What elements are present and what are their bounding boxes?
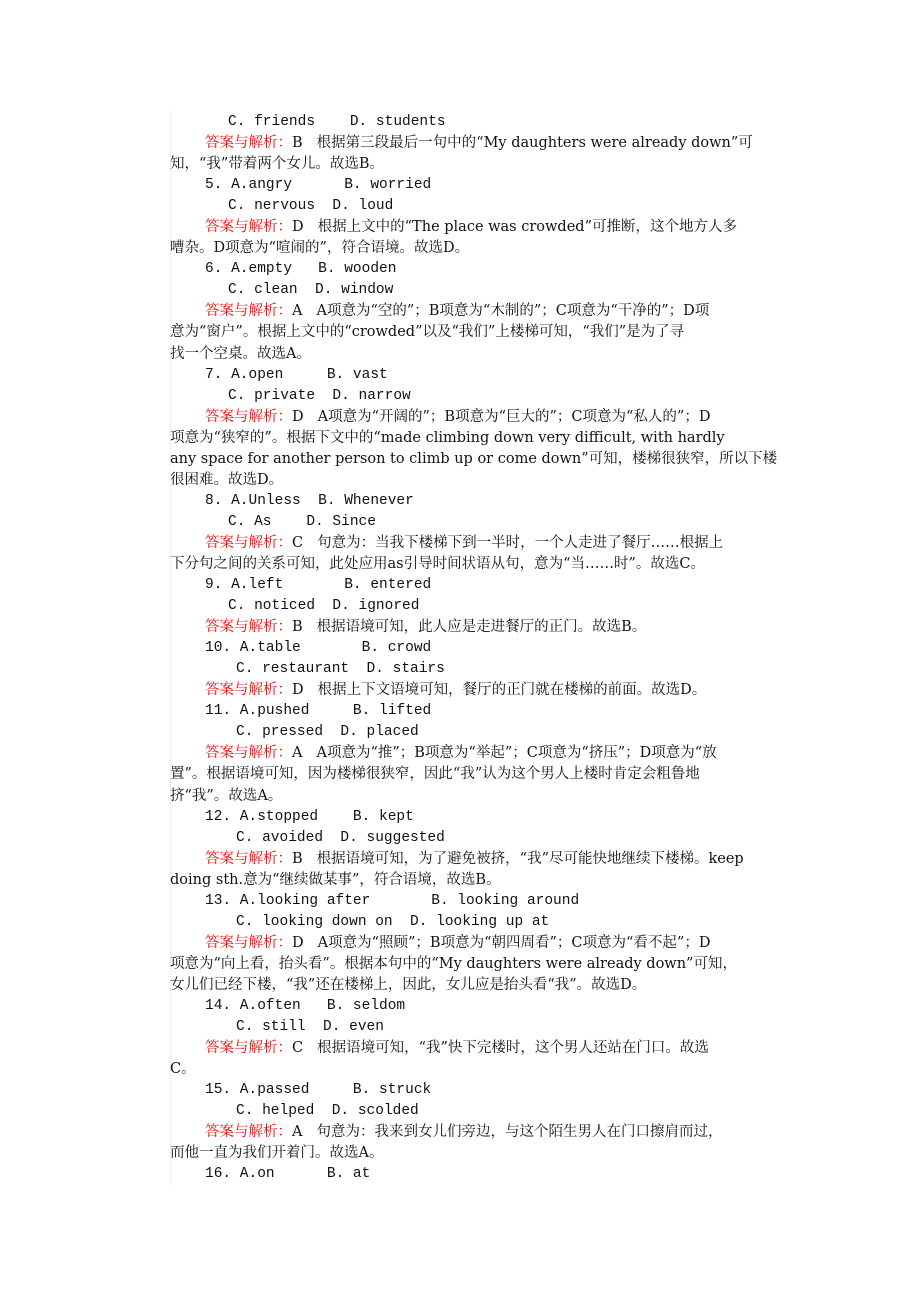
line-text: 5. A.angry B. worried <box>205 177 431 193</box>
line-text: C. helped D. scolded <box>236 1103 419 1119</box>
answer-letter: B <box>292 851 303 867</box>
answer-explanation-line: 答案与解析：A句意为：我来到女儿们旁边，与这个陌生男人在门口擦肩而过， <box>170 1122 785 1143</box>
options-line: C. avoided D. suggested <box>170 828 785 849</box>
line-text: 女儿们已经下楼，“我”还在楼梯上，因此，女儿应是抬头看“我”。故选D。 <box>170 977 646 993</box>
options-line: C. noticed D. ignored <box>170 596 785 617</box>
line-text: 16. A.on B. at <box>205 1166 370 1182</box>
continuation-line: 置”。根据语境可知，因为楼梯很狭窄，因此“我”认为这个男人上楼时肯定会粗鲁地 <box>170 764 785 785</box>
explanation-text: 根据第三段最后一句中的“My daughters were already do… <box>317 135 753 151</box>
answer-letter: C <box>292 535 303 551</box>
question-options-line: 10. A.table B. crowd <box>170 638 785 659</box>
line-text: C. friends D. students <box>228 114 446 130</box>
answer-label: 答案与解析： <box>205 1124 292 1140</box>
question-options-line: 14. A.often B. seldom <box>170 996 785 1017</box>
answer-letter: D <box>292 935 304 951</box>
answer-explanation-line: 答案与解析：B根据第三段最后一句中的“My daughters were alr… <box>170 133 785 154</box>
explanation-text: A项意为“照顾”；B项意为“朝四周看”；C项意为“看不起”；D <box>318 935 711 951</box>
answer-label: 答案与解析： <box>205 219 292 235</box>
continuation-line: 意为“窗户”。根据上文中的“crowded”以及“我们”上楼梯可知，“我们”是为… <box>170 322 785 343</box>
question-options-line: 5. A.angry B. worried <box>170 175 785 196</box>
question-options-line: 8. A.Unless B. Whenever <box>170 491 785 512</box>
line-text: 挤“我”。故选A。 <box>170 788 282 804</box>
continuation-line: 找一个空桌。故选A。 <box>170 344 785 365</box>
answer-letter: D <box>292 219 304 235</box>
line-text: 15. A.passed B. struck <box>205 1082 431 1098</box>
answer-letter: D <box>292 682 304 698</box>
explanation-text: A项意为“开阔的”；B项意为“巨大的”；C项意为“私人的”；D <box>318 409 711 425</box>
continuation-line: doing sth.意为“继续做某事”，符合语境，故选B。 <box>170 870 785 891</box>
explanation-text: 根据语境可知，此人应是走进餐厅的正门。故选B。 <box>317 619 647 635</box>
continuation-line: 知，“我”带着两个女儿。故选B。 <box>170 154 785 175</box>
line-text: 12. A.stopped B. kept <box>205 809 414 825</box>
line-text: C. looking down on D. looking up at <box>236 914 549 930</box>
line-text: 找一个空桌。故选A。 <box>170 346 311 362</box>
answer-label: 答案与解析： <box>205 409 292 425</box>
answer-label: 答案与解析： <box>205 851 292 867</box>
line-text: 嘈杂。D项意为“喧闹的”，符合语境。故选D。 <box>170 240 469 256</box>
line-text: C. avoided D. suggested <box>236 830 445 846</box>
line-text: 10. A.table B. crowd <box>205 640 431 656</box>
continuation-line: 下分句之间的关系可知，此处应用as引导时间状语从句，意为“当……时”。故选C。 <box>170 554 785 575</box>
answer-label: 答案与解析： <box>205 135 292 151</box>
answer-letter: B <box>292 135 303 151</box>
line-text: 13. A.looking after B. looking around <box>205 893 579 909</box>
answer-explanation-line: 答案与解析：DA项意为“照顾”；B项意为“朝四周看”；C项意为“看不起”；D <box>170 933 785 954</box>
explanation-text: 句意为：我来到女儿们旁边，与这个陌生男人在门口擦肩而过， <box>316 1124 722 1140</box>
answer-label: 答案与解析： <box>205 935 292 951</box>
answer-explanation-line: 答案与解析：AA项意为“空的”；B项意为“木制的”；C项意为“干净的”；D项 <box>170 301 785 322</box>
question-options-line: 16. A.on B. at <box>170 1164 785 1185</box>
continuation-line: any space for another person to climb up… <box>170 449 785 470</box>
question-options-line: 9. A.left B. entered <box>170 575 785 596</box>
line-text: 而他一直为我们开着门。故选A。 <box>170 1145 383 1161</box>
answer-explanation-line: 答案与解析：B根据语境可知，此人应是走进餐厅的正门。故选B。 <box>170 617 785 638</box>
answer-explanation-line: 答案与解析：DA项意为“开阔的”；B项意为“巨大的”；C项意为“私人的”；D <box>170 407 785 428</box>
options-line: C. clean D. window <box>170 280 785 301</box>
line-text: 置”。根据语境可知，因为楼梯很狭窄，因此“我”认为这个男人上楼时肯定会粗鲁地 <box>170 766 700 782</box>
options-line: C. friends D. students <box>170 112 785 133</box>
line-text: 6. A.empty B. wooden <box>205 261 396 277</box>
line-text: C. restaurant D. stairs <box>236 661 445 677</box>
answer-explanation-line: 答案与解析：D根据上下文语境可知，餐厅的正门就在楼梯的前面。故选D。 <box>170 680 785 701</box>
continuation-line: 挤“我”。故选A。 <box>170 786 785 807</box>
answer-letter: A <box>292 303 302 319</box>
line-text: 下分句之间的关系可知，此处应用as引导时间状语从句，意为“当……时”。故选C。 <box>170 556 705 572</box>
options-line: C. looking down on D. looking up at <box>170 912 785 933</box>
answer-label: 答案与解析： <box>205 535 292 551</box>
line-text: C. pressed D. placed <box>236 724 419 740</box>
options-line: C. private D. narrow <box>170 386 785 407</box>
line-text: C. noticed D. ignored <box>228 598 419 614</box>
explanation-text: A项意为“空的”；B项意为“木制的”；C项意为“干净的”；D项 <box>316 303 709 319</box>
answer-letter: B <box>292 619 303 635</box>
answer-explanation-line: 答案与解析：B根据语境可知，为了避免被挤，“我”尽可能快地继续下楼梯。keep <box>170 849 785 870</box>
answer-letter: C <box>292 1040 303 1056</box>
line-text: doing sth.意为“继续做某事”，符合语境，故选B。 <box>170 872 501 888</box>
line-text: C. private D. narrow <box>228 388 411 404</box>
line-text: C. clean D. window <box>228 282 393 298</box>
answer-label: 答案与解析： <box>205 303 292 319</box>
line-text: 很困难。故选D。 <box>170 472 283 488</box>
question-options-line: 11. A.pushed B. lifted <box>170 701 785 722</box>
question-options-line: 15. A.passed B. struck <box>170 1080 785 1101</box>
answer-explanation-line: 答案与解析：C句意为：当我下楼梯下到一半时，一个人走进了餐厅……根据上 <box>170 533 785 554</box>
continuation-line: C。 <box>170 1059 785 1080</box>
line-text: 14. A.often B. seldom <box>205 998 405 1014</box>
options-line: C. pressed D. placed <box>170 722 785 743</box>
explanation-text: 根据语境可知，为了避免被挤，“我”尽可能快地继续下楼梯。keep <box>317 851 744 867</box>
answer-explanation-line: 答案与解析：C根据语境可知，“我”快下完楼时，这个男人还站在门口。故选 <box>170 1038 785 1059</box>
line-text: C。 <box>170 1061 196 1077</box>
answer-label: 答案与解析： <box>205 745 292 761</box>
question-options-line: 12. A.stopped B. kept <box>170 807 785 828</box>
options-line: C. nervous D. loud <box>170 196 785 217</box>
answer-label: 答案与解析： <box>205 619 292 635</box>
line-text: 知，“我”带着两个女儿。故选B。 <box>170 156 384 172</box>
continuation-line: 女儿们已经下楼，“我”还在楼梯上，因此，女儿应是抬头看“我”。故选D。 <box>170 975 785 996</box>
line-text: any space for another person to climb up… <box>170 451 777 467</box>
explanation-text: 根据上文中的“The place was crowded”可推断，这个地方人多 <box>318 219 737 235</box>
question-options-line: 7. A.open B. vast <box>170 365 785 386</box>
continuation-line: 嘈杂。D项意为“喧闹的”，符合语境。故选D。 <box>170 238 785 259</box>
answer-letter: D <box>292 409 304 425</box>
line-text: C. nervous D. loud <box>228 198 393 214</box>
line-text: C. still D. even <box>236 1019 384 1035</box>
continuation-line: 很困难。故选D。 <box>170 470 785 491</box>
options-line: C. helped D. scolded <box>170 1101 785 1122</box>
line-text: 项意为“向上看，抬头看”。根据本句中的“My daughters were al… <box>170 956 737 972</box>
continuation-line: 项意为“狭窄的”。根据下文中的“made climbing down very … <box>170 428 785 449</box>
answer-letter: A <box>292 745 302 761</box>
question-options-line: 6. A.empty B. wooden <box>170 259 785 280</box>
line-text: 11. A.pushed B. lifted <box>205 703 431 719</box>
answer-label: 答案与解析： <box>205 682 292 698</box>
answer-letter: A <box>292 1124 302 1140</box>
line-text: 7. A.open B. vast <box>205 367 388 383</box>
question-options-line: 13. A.looking after B. looking around <box>170 891 785 912</box>
continuation-line: 项意为“向上看，抬头看”。根据本句中的“My daughters were al… <box>170 954 785 975</box>
answer-explanation-line: 答案与解析：D根据上文中的“The place was crowded”可推断，… <box>170 217 785 238</box>
answer-label: 答案与解析： <box>205 1040 292 1056</box>
line-text: C. As D. Since <box>228 514 376 530</box>
line-text: 项意为“狭窄的”。根据下文中的“made climbing down very … <box>170 430 725 446</box>
options-line: C. As D. Since <box>170 512 785 533</box>
line-text: 意为“窗户”。根据上文中的“crowded”以及“我们”上楼梯可知，“我们”是为… <box>170 324 684 340</box>
answer-explanation-line: 答案与解析：AA项意为“推”；B项意为“举起”；C项意为“挤压”；D项意为“放 <box>170 743 785 764</box>
line-text: 8. A.Unless B. Whenever <box>205 493 414 509</box>
line-text: 9. A.left B. entered <box>205 577 431 593</box>
explanation-text: 句意为：当我下楼梯下到一半时，一个人走进了餐厅……根据上 <box>317 535 723 551</box>
options-line: C. restaurant D. stairs <box>170 659 785 680</box>
explanation-text: 根据语境可知，“我”快下完楼时，这个男人还站在门口。故选 <box>317 1040 709 1056</box>
options-line: C. still D. even <box>170 1017 785 1038</box>
explanation-text: 根据上下文语境可知，餐厅的正门就在楼梯的前面。故选D。 <box>318 682 707 698</box>
continuation-line: 而他一直为我们开着门。故选A。 <box>170 1143 785 1164</box>
explanation-text: A项意为“推”；B项意为“举起”；C项意为“挤压”；D项意为“放 <box>316 745 716 761</box>
document-page: C. friends D. students答案与解析：B根据第三段最后一句中的… <box>170 112 785 1185</box>
